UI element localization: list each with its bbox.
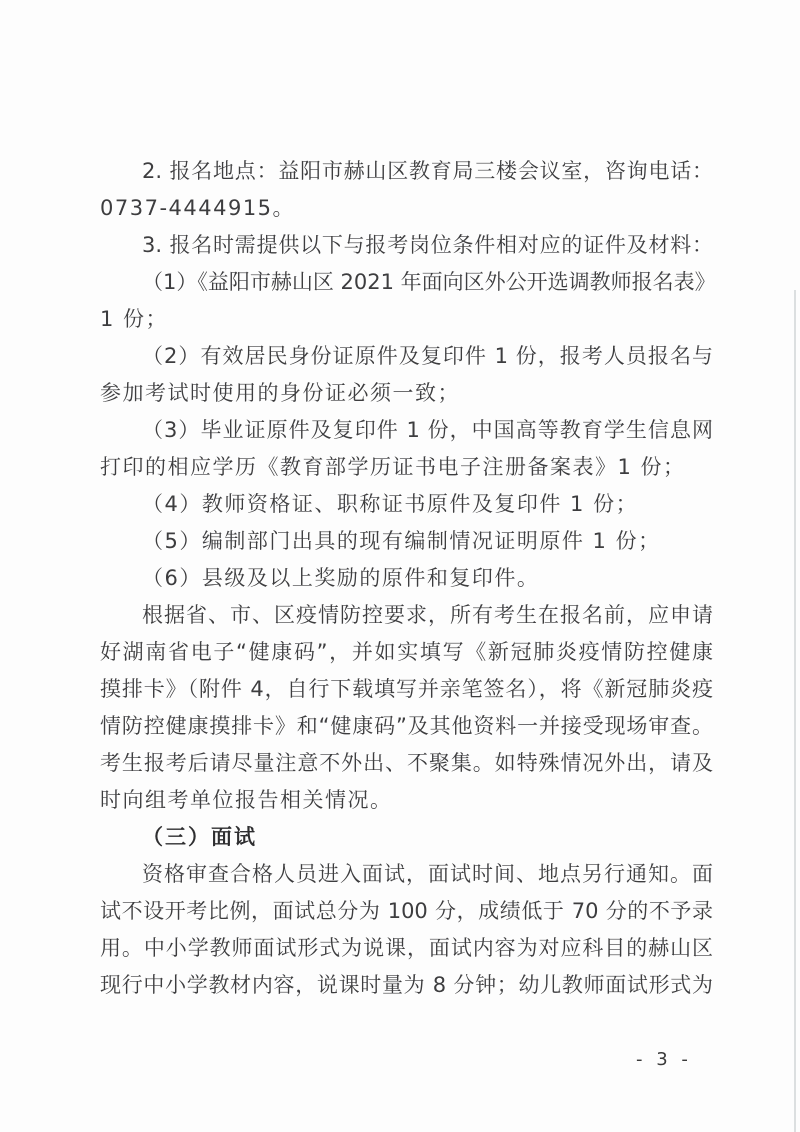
document-line: （1）《益阳市赫山区 2021 年面向区外公开选调教师报名表》 xyxy=(100,264,713,301)
document-line: 2. 报名地点：益阳市赫山区教育局三楼会议室，咨询电话： xyxy=(100,153,713,190)
document-line: （5）编制部门出具的现有编制情况证明原件 1 份； xyxy=(100,523,713,560)
document-line: 资格审查合格人员进入面试，面试时间、地点另行通知。面 xyxy=(100,856,713,893)
scan-artifact-line xyxy=(794,290,796,1132)
document-line: 试不设开考比例，面试总分为 100 分，成绩低于 70 分的不予录 xyxy=(100,893,713,930)
document-line: 情防控健康摸排卡》和“健康码”及其他资料一并接受现场审查。 xyxy=(100,708,713,745)
document-line: 好湖南省电子“健康码”，并如实填写《新冠肺炎疫情防控健康 xyxy=(100,634,713,671)
section-heading: （三）面试 xyxy=(100,819,713,856)
document-line: 1 份； xyxy=(100,301,713,338)
document-line: 3. 报名时需提供以下与报考岗位条件相对应的证件及材料： xyxy=(100,227,713,264)
document-page: 2. 报名地点：益阳市赫山区教育局三楼会议室，咨询电话： 0737-444491… xyxy=(0,0,800,1132)
document-line: 参加考试时使用的身份证必须一致； xyxy=(100,375,713,412)
document-line: 考生报考后请尽量注意不外出、不聚集。如特殊情况外出，请及 xyxy=(100,745,713,782)
document-line: 打印的相应学历《教育部学历证书电子注册备案表》1 份； xyxy=(100,449,713,486)
document-line: （4）教师资格证、职称证书原件及复印件 1 份； xyxy=(100,486,713,523)
document-line: 用。中小学教师面试形式为说课，面试内容为对应科目的赫山区 xyxy=(100,930,713,967)
document-line: 时向组考单位报告相关情况。 xyxy=(100,782,713,819)
document-line: 根据省、市、区疫情防控要求，所有考生在报名前，应申请 xyxy=(100,597,713,634)
page-number: - 3 - xyxy=(636,1048,692,1072)
document-body: 2. 报名地点：益阳市赫山区教育局三楼会议室，咨询电话： 0737-444491… xyxy=(100,153,713,1004)
document-line: （2）有效居民身份证原件及复印件 1 份，报考人员报名与 xyxy=(100,338,713,375)
document-line: 0737-4444915。 xyxy=(100,190,713,227)
document-line: 现行中小学教材内容，说课时量为 8 分钟；幼儿教师面试形式为 xyxy=(100,967,713,1004)
document-line: 摸排卡》（附件 4，自行下载填写并亲笔签名），将《新冠肺炎疫 xyxy=(100,671,713,708)
document-line: （3）毕业证原件及复印件 1 份，中国高等教育学生信息网 xyxy=(100,412,713,449)
document-line: （6）县级及以上奖励的原件和复印件。 xyxy=(100,560,713,597)
